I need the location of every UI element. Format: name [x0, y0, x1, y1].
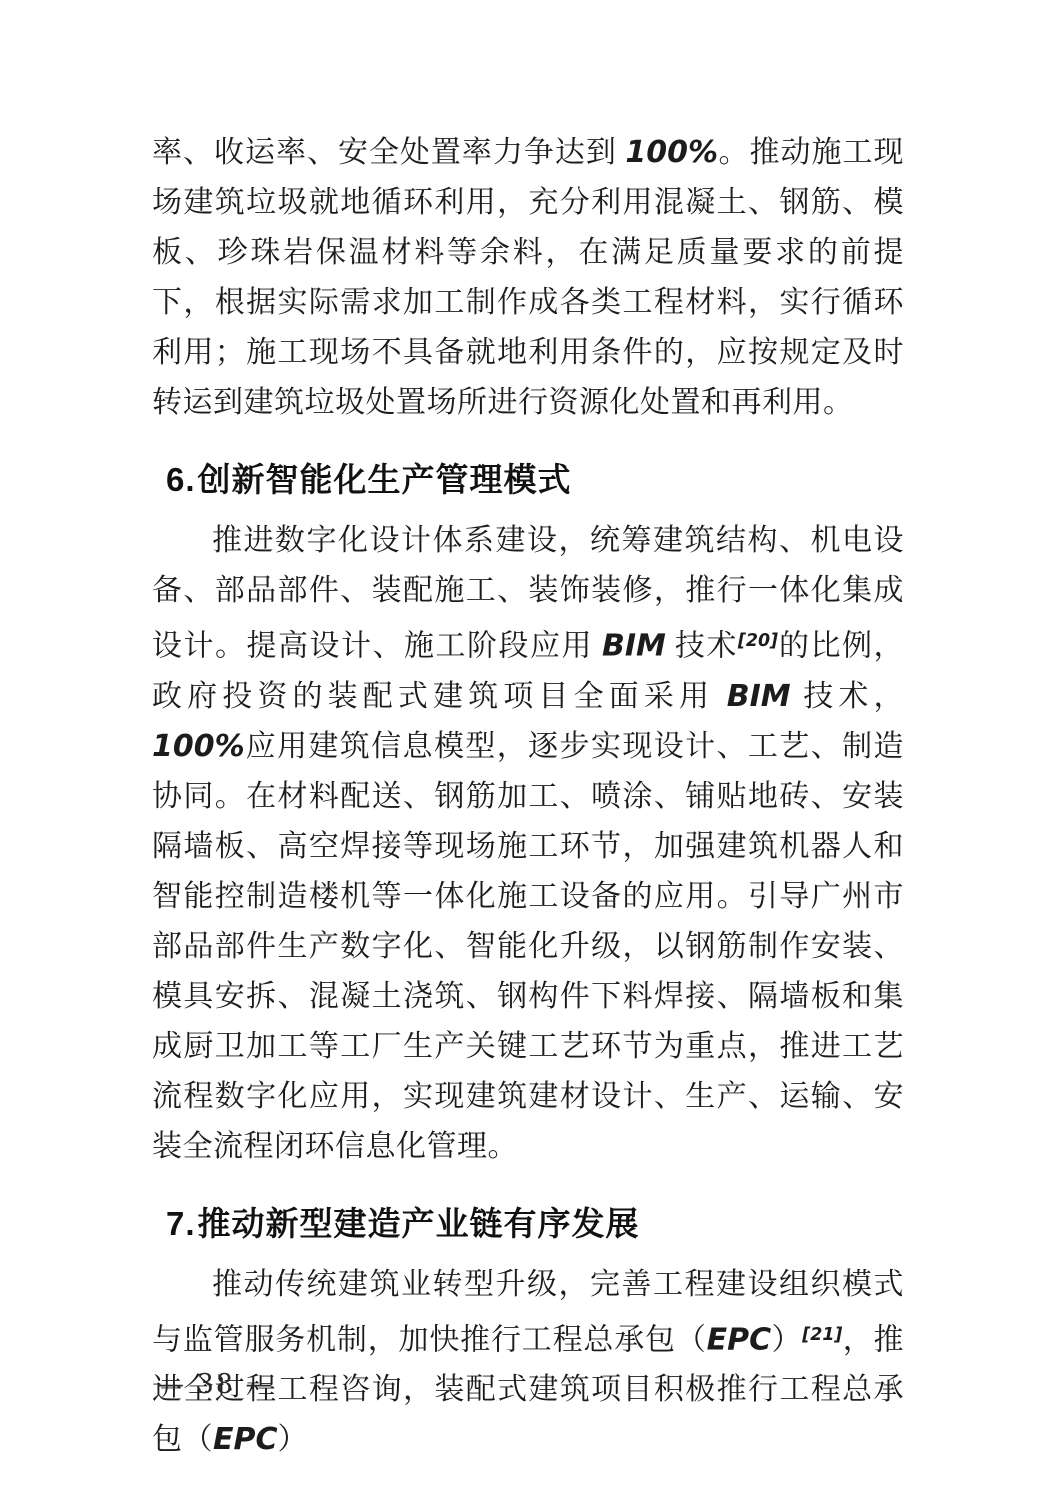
text-segment-latin: EPC	[707, 1322, 772, 1357]
page-content: 率、收运率、安全处置率力争达到 100%。推动施工现场建筑垃圾就地循环利用，充分…	[152, 128, 904, 1465]
text-segment: 技术，	[791, 680, 904, 713]
text-segment-latin-sup: [20]	[738, 631, 778, 651]
section-heading-6: 6.创新智能化生产管理模式	[152, 458, 904, 502]
text-segment: 率、收运率、安全处置率力争达到	[152, 136, 625, 169]
section-number-6: 6.	[166, 461, 196, 498]
text-segment-latin: BIM	[727, 679, 791, 714]
section-heading-7: 7.推动新型建造产业链有序发展	[152, 1202, 904, 1246]
paragraph-industry-chain: 推动传统建筑业转型升级，完善工程建设组织模式与监管服务机制，加快推行工程总承包（…	[152, 1260, 904, 1466]
section-number-7: 7.	[166, 1205, 196, 1242]
text-segment: ）	[771, 1323, 802, 1356]
text-segment-latin: EPC	[213, 1422, 278, 1457]
text-segment: 。推动施工现场建筑垃圾就地循环利用，充分利用混凝土、钢筋、模板、珍珠岩保温材料等…	[152, 136, 904, 419]
text-segment: 应用建筑信息模型，逐步实现设计、工艺、制造协同。在材料配送、钢筋加工、喷涂、铺贴…	[152, 730, 904, 1163]
text-segment-latin: 100%	[152, 729, 245, 764]
section-title-6: 创新智能化生产管理模式	[198, 461, 572, 498]
page-number: — 38 —	[157, 1368, 275, 1402]
text-segment-latin: BIM	[602, 629, 666, 664]
text-segment-latin-sup: [21]	[802, 1325, 842, 1345]
text-segment: ）	[278, 1423, 309, 1456]
text-segment-latin: 100%	[625, 135, 718, 170]
text-segment: 技术	[666, 630, 738, 663]
paragraph-construction-waste: 率、收运率、安全处置率力争达到 100%。推动施工现场建筑垃圾就地循环利用，充分…	[152, 128, 904, 428]
paragraph-smart-production: 推进数字化设计体系建设，统筹建筑结构、机电设备、部品部件、装配施工、装饰装修，推…	[152, 516, 904, 1172]
section-title-7: 推动新型建造产业链有序发展	[198, 1205, 640, 1242]
document-page: 率、收运率、安全处置率力争达到 100%。推动施工现场建筑垃圾就地循环利用，充分…	[0, 0, 1050, 1485]
